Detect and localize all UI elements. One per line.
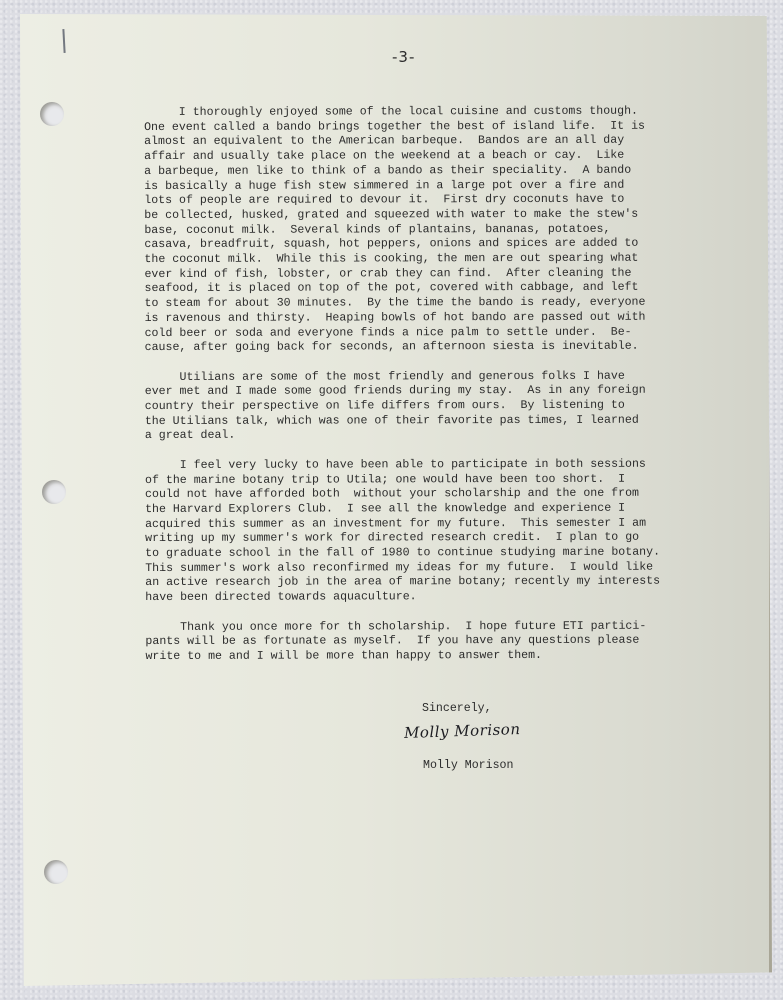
text-line: is ravenous and thirsty. Heaping bowls o… (145, 310, 685, 326)
text-line: an active research job in the area of ma… (145, 575, 685, 591)
paragraph-utilians: Utilians are some of the most friendly a… (145, 369, 685, 444)
text-line: is basically a huge fish stew simmered i… (144, 178, 684, 194)
handwritten-signature: Molly Morison (404, 720, 521, 742)
text-line: almost an equivalent to the American bar… (144, 134, 684, 150)
text-line: base, coconut milk. Several kinds of pla… (144, 222, 684, 238)
text-line: ever kind of fish, lobster, or crab they… (144, 266, 684, 282)
pen-mark (62, 29, 65, 53)
text-line: affair and usually take place on the wee… (144, 149, 684, 165)
text-line: have been directed towards aquaculture. (145, 590, 685, 606)
text-line: I feel very lucky to have been able to p… (145, 457, 685, 473)
text-line: the Utilians talk, which was one of thei… (145, 413, 685, 429)
letter-page: -3- I thoroughly enjoyed some of the loc… (20, 14, 772, 986)
closing-salutation: Sincerely, (422, 702, 492, 716)
text-line: writing up my summer's work for directed… (145, 531, 685, 547)
text-line: lots of people are required to devour it… (144, 193, 684, 209)
text-line: Utilians are some of the most friendly a… (145, 369, 685, 385)
text-line: be collected, husked, grated and squeeze… (144, 208, 684, 224)
text-line: cause, after going back for seconds, an … (145, 340, 685, 356)
text-line: the coconut milk. While this is cooking,… (144, 252, 684, 268)
punch-hole-middle-icon (42, 480, 66, 504)
text-line: the Harvard Explorers Club. I see all th… (145, 502, 685, 518)
text-line: a barbeque, men like to think of a bando… (144, 163, 684, 179)
text-line: ever met and I made some good friends du… (145, 384, 685, 400)
paragraph-bando: I thoroughly enjoyed some of the local c… (144, 105, 685, 356)
text-line: write to me and I will be more than happ… (145, 649, 685, 665)
typed-name: Molly Morison (423, 759, 513, 772)
text-line: seafood, it is placed on top of the pot,… (144, 281, 684, 297)
text-line: could not have afforded both without you… (145, 487, 685, 503)
letter-body: I thoroughly enjoyed some of the local c… (144, 105, 685, 680)
text-line: acquired this summer as an investment fo… (145, 516, 685, 532)
text-line: to graduate school in the fall of 1980 t… (145, 546, 685, 562)
text-line: casava, breadfruit, squash, hot peppers,… (144, 237, 684, 253)
text-line: One event called a bando brings together… (144, 119, 684, 135)
text-line: country their perspective on life differ… (145, 399, 685, 415)
punch-hole-bottom-icon (44, 860, 68, 884)
paragraph-thanks: Thank you once more for th scholarship. … (145, 619, 685, 665)
text-line: pants will be as fortunate as myself. If… (145, 634, 685, 650)
text-line: I thoroughly enjoyed some of the local c… (144, 105, 684, 121)
paragraph-gratitude: I feel very lucky to have been able to p… (145, 457, 685, 605)
text-line: to steam for about 30 minutes. By the ti… (145, 296, 685, 312)
text-line: cold beer or soda and everyone finds a n… (145, 325, 685, 341)
text-line: a great deal. (145, 428, 685, 444)
punch-hole-top-icon (40, 102, 64, 126)
page-number: -3- (392, 48, 415, 66)
text-line: of the marine botany trip to Utila; one … (145, 472, 685, 488)
text-line: Thank you once more for th scholarship. … (145, 619, 685, 635)
text-line: This summer's work also reconfirmed my i… (145, 560, 685, 576)
